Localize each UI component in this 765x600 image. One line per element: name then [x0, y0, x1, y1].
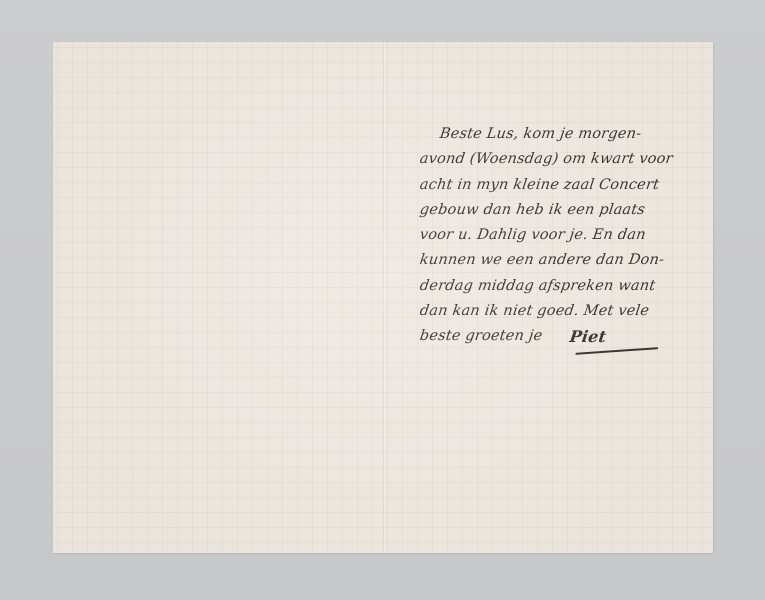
letter-line: dan kan ik niet goed. Met vele: [418, 299, 712, 324]
letter-line: voor u. Dahlig voor je. En dan: [418, 223, 712, 248]
signature: Piet: [568, 324, 608, 349]
center-fold: [383, 42, 384, 553]
letter-line: gebouw dan heb ik een plaats: [418, 198, 712, 223]
letter-line: acht in myn kleine zaal Concert: [418, 173, 712, 198]
letter-line: avond (Woensdag) om kwart voor: [418, 147, 712, 172]
letter-line: kunnen we een andere dan Don-: [418, 248, 712, 273]
letter-line: derdag middag afspreken want: [418, 274, 712, 299]
closing-row: beste groeten je Piet: [418, 324, 712, 349]
letter-body: Beste Lus, kom je morgen- avond (Woensda…: [418, 122, 708, 350]
letter-sheet: Beste Lus, kom je morgen- avond (Woensda…: [53, 42, 713, 553]
letter-closing: beste groeten je: [419, 328, 544, 344]
letter-line: Beste Lus, kom je morgen-: [418, 122, 712, 147]
